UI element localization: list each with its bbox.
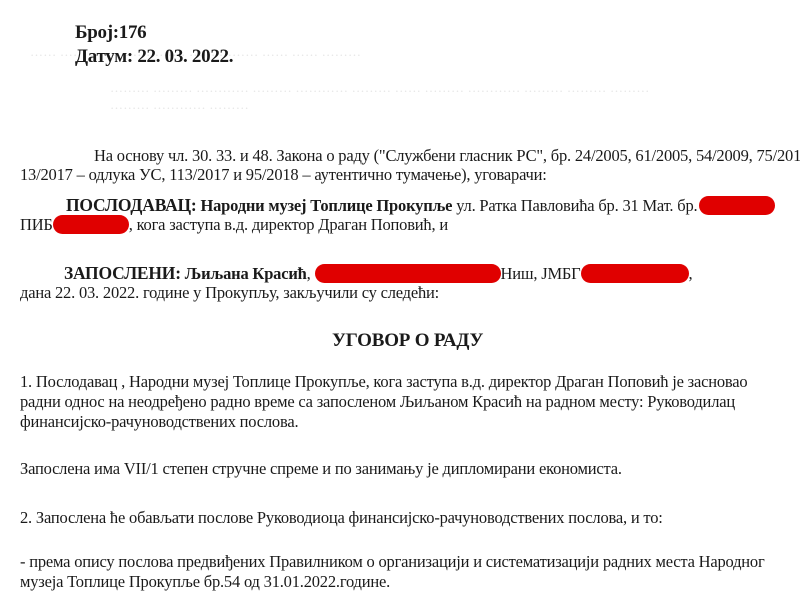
- document-title: УГОВОР О РАДУ: [332, 330, 483, 352]
- employer-name: Народни музеј Топлице Прокупље: [200, 196, 452, 215]
- employer-representative: , кога заступа в.д. директор Драган Попо…: [129, 215, 448, 234]
- preamble-line-1: На основу чл. 30. 33. и 48. Закона о рад…: [94, 146, 800, 166]
- show-through-text: ……… ……… ………… ……… ………… ……… …… ……… ………… ………: [110, 80, 650, 96]
- employee-name: Љиљана Красић: [185, 264, 307, 283]
- employer-line-2: ПИБ, кога заступа в.д. директор Драган П…: [20, 215, 448, 235]
- pib-label: ПИБ: [20, 215, 53, 234]
- employer-line-1: ПОСЛОДАВАЦ: Народни музеј Топлице Прокуп…: [66, 195, 775, 216]
- employer-address: ул. Ратка Павловића бр. 31 Мат. бр.: [452, 196, 697, 215]
- document-page: …… …… ……… ………… …… ……… …… …… ……… ……… ……… …: [0, 0, 800, 600]
- document-number: Број:176: [75, 22, 146, 44]
- bullet-line-1: - према опису послова предвиђених Правил…: [20, 552, 765, 572]
- document-date: Датум: 22. 03. 2022.: [75, 46, 233, 68]
- redaction-address: [315, 264, 501, 283]
- bullet-line-2: музеја Топлице Прокупље бр.54 од 31.01.2…: [20, 572, 390, 592]
- redaction-jmbg: [581, 264, 689, 283]
- preamble-line-2: 13/2017 – одлука УС, 113/2017 и 95/2018 …: [20, 165, 547, 185]
- employee-line-2: дана 22. 03. 2022. године у Прокупљу, за…: [20, 283, 439, 303]
- redaction-pib: [53, 215, 129, 234]
- employee-label: ЗАПОСЛЕНИ:: [64, 263, 181, 283]
- separator-comma: ,: [307, 264, 311, 283]
- redaction-registration-number: [699, 196, 775, 215]
- employer-label: ПОСЛОДАВАЦ:: [66, 195, 197, 215]
- section-2-line-1: 2. Запослена ће обављати послове Руковод…: [20, 508, 663, 528]
- qualification-line: Запослена има VII/1 степен стручне спрем…: [20, 459, 622, 479]
- employee-line-1: ЗАПОСЛЕНИ: Љиљана Красић, Ниш, ЈМБГ,: [64, 263, 692, 284]
- section-1-line-1: 1. Послодавац , Народни музеј Топлице Пр…: [20, 372, 747, 392]
- section-1-line-2: радни однос на неодређено радно време са…: [20, 392, 735, 412]
- employee-city: Ниш, ЈМБГ: [501, 264, 581, 283]
- show-through-text: ……… ………… ………: [110, 97, 249, 113]
- section-1-line-3: финансијско-рачуноводствених послова.: [20, 412, 298, 432]
- trailing-comma: ,: [689, 264, 693, 283]
